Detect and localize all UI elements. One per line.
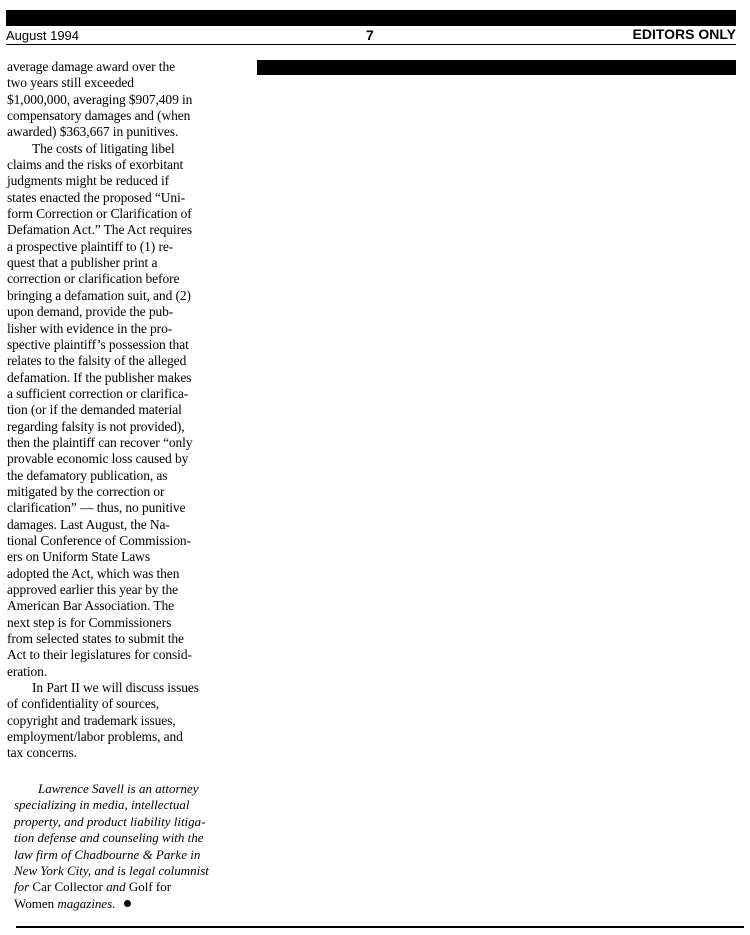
text-line: claims and the risks of exorbitant — [7, 157, 243, 173]
bottom-rule — [16, 926, 744, 928]
text-line: then the plaintiff can recover “only — [7, 435, 243, 451]
text-line: awarded) $363,667 in punitives. — [7, 124, 243, 140]
bio-line: Women magazines. — [14, 896, 244, 912]
text-line: tax concerns. — [7, 745, 243, 761]
bio-line: for Car Collector and Golf for — [14, 879, 244, 895]
text-line: lisher with evidence in the pro- — [7, 321, 243, 337]
bio-line: tion defense and counseling with the — [14, 830, 244, 846]
text-line: tional Conference of Commission- — [7, 533, 243, 549]
text-line: employment/labor problems, and — [7, 729, 243, 745]
text-line: quest that a publisher print a — [7, 255, 243, 271]
bio-line: property, and product liability litiga- — [14, 814, 244, 830]
text-line: American Bar Association. The — [7, 598, 243, 614]
publication-name: Women — [14, 896, 54, 911]
bio-line: specializing in media, intellectual — [14, 797, 244, 813]
text-line: eration. — [7, 664, 243, 680]
text-line: of confidentiality of sources, — [7, 696, 243, 712]
bio-text: magazines. — [54, 896, 115, 911]
text-line: Act to their legislatures for consid- — [7, 647, 243, 663]
bio-line: New York City, and is legal columnist — [14, 863, 244, 879]
bio-text: and — [106, 879, 126, 894]
publication-name: Golf for — [126, 879, 172, 894]
text-line: form Correction or Clarification of — [7, 206, 243, 222]
text-line: judgments might be reduced if — [7, 173, 243, 189]
text-line: from selected states to submit the — [7, 631, 243, 647]
section-title: EDITORS ONLY — [633, 26, 736, 42]
text-line: $1,000,000, averaging $907,409 in — [7, 92, 243, 108]
text-line: damages. Last August, the Na- — [7, 517, 243, 533]
bio-line: Lawrence Savell is an attorney — [14, 781, 244, 797]
text-line: The costs of litigating libel — [7, 141, 243, 157]
author-bio: Lawrence Savell is an attorney specializ… — [14, 781, 244, 912]
paragraph-1: average damage award over the two years … — [7, 59, 243, 141]
article-column: average damage award over the two years … — [7, 59, 243, 762]
text-line: two years still exceeded — [7, 75, 243, 91]
text-line: a sufficient correction or clarifica- — [7, 386, 243, 402]
text-line: upon demand, provide the pub- — [7, 304, 243, 320]
text-line: spective plaintiff’s possession that — [7, 337, 243, 353]
text-line: approved earlier this year by the — [7, 582, 243, 598]
bio-line: law firm of Chadbourne & Parke in — [14, 847, 244, 863]
text-line: regarding falsity is not provided), — [7, 419, 243, 435]
text-line: the defamatory publication, as — [7, 468, 243, 484]
issue-date: August 1994 — [6, 28, 79, 43]
text-line: clarification” — thus, no punitive — [7, 500, 243, 516]
text-line: bringing a defamation suit, and (2) — [7, 288, 243, 304]
text-line: In Part II we will discuss issues — [7, 680, 243, 696]
text-line: provable economic loss caused by — [7, 451, 243, 467]
page-header: August 1994 7 EDITORS ONLY — [6, 26, 736, 45]
text-line: copyright and trademark issues, — [7, 713, 243, 729]
text-line: next step is for Commissioners — [7, 615, 243, 631]
text-line: compensatory damages and (when — [7, 108, 243, 124]
publication-name: Car Collector — [29, 879, 106, 894]
text-line: relates to the falsity of the alleged — [7, 353, 243, 369]
right-column-black-bar — [257, 60, 736, 75]
paragraph-2: The costs of litigating libel claims and… — [7, 141, 243, 680]
paragraph-3: In Part II we will discuss issues of con… — [7, 680, 243, 762]
text-line: average damage award over the — [7, 59, 243, 75]
text-line: adopted the Act, which was then — [7, 566, 243, 582]
page-number: 7 — [366, 27, 374, 43]
text-line: a prospective plaintiff to (1) re- — [7, 239, 243, 255]
text-line: Defamation Act.” The Act requires — [7, 222, 243, 238]
text-line: defamation. If the publisher makes — [7, 370, 243, 386]
text-line: correction or clarification before — [7, 271, 243, 287]
text-line: ers on Uniform State Laws — [7, 549, 243, 565]
header-black-bar — [6, 10, 736, 26]
bullet-icon — [124, 900, 131, 907]
text-line: tion (or if the demanded material — [7, 402, 243, 418]
text-line: states enacted the proposed “Uni- — [7, 190, 243, 206]
bio-text: for — [14, 879, 29, 894]
text-line: mitigated by the correction or — [7, 484, 243, 500]
